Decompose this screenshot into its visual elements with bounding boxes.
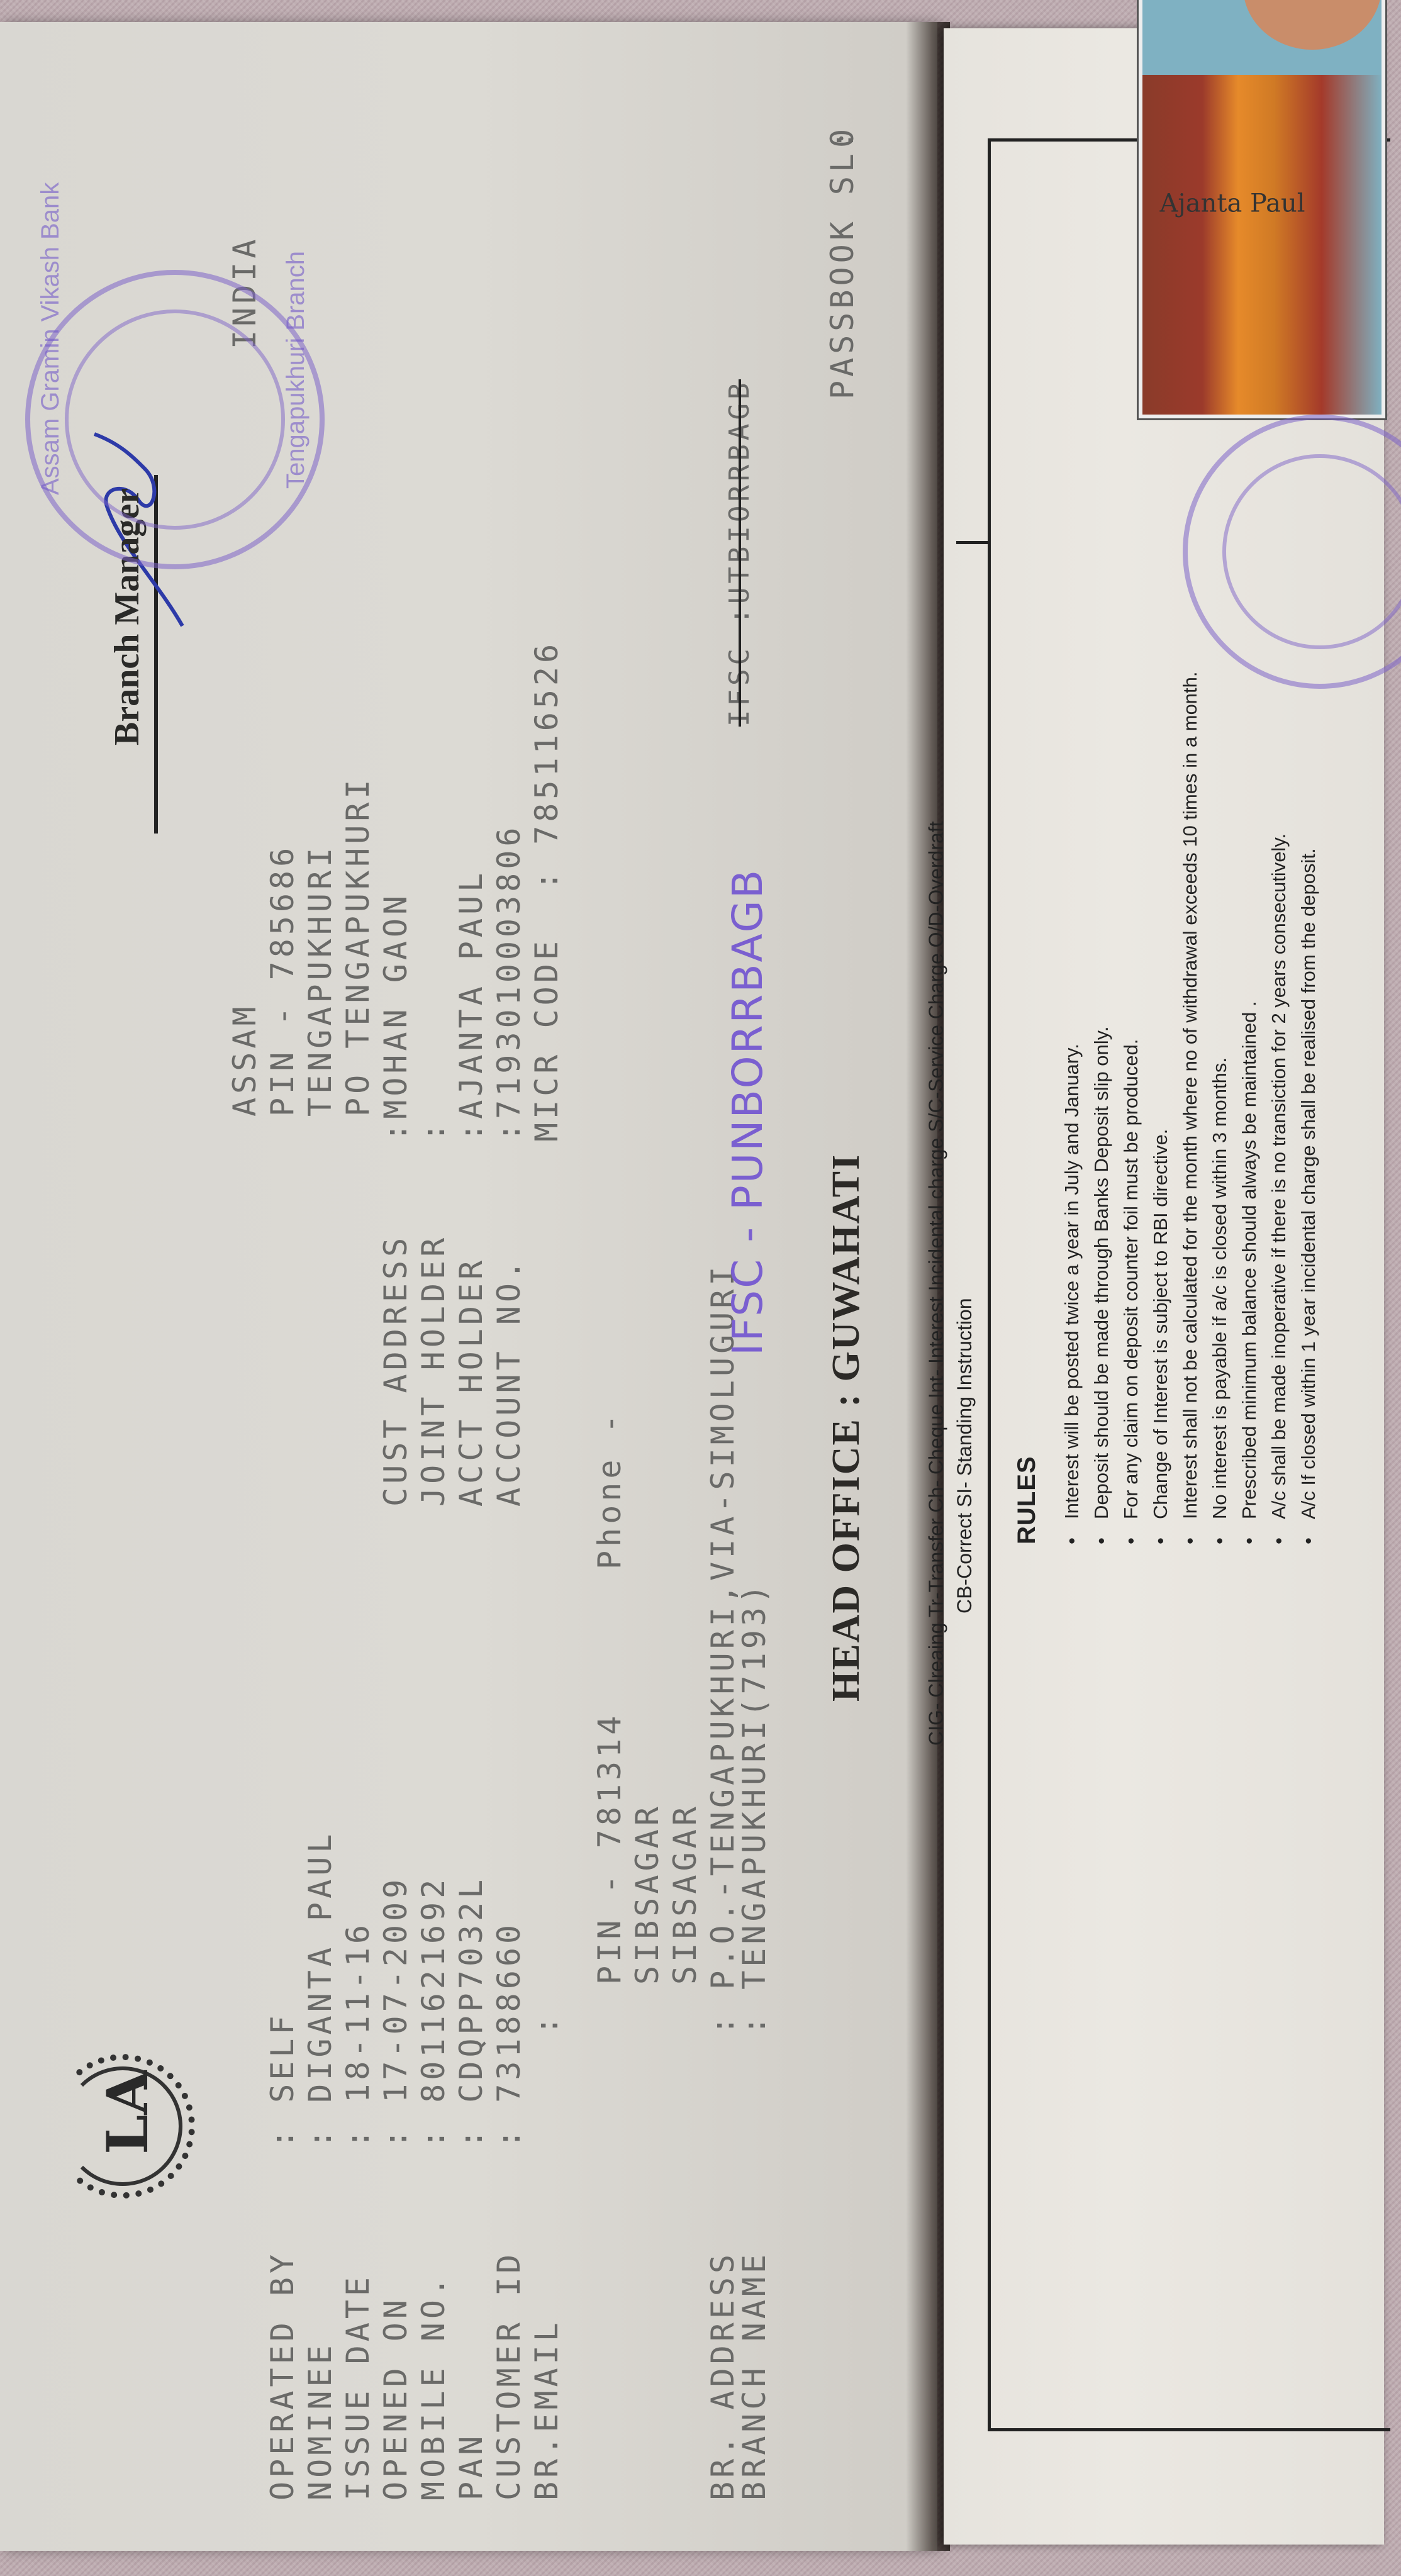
nominee-value: : DIGANTA PAUL (302, 1831, 338, 2148)
stamp-text: Assam Gramin Vikash Bank (36, 182, 65, 495)
frame-tick (956, 541, 991, 544)
bank-logo-icon: LA (50, 2054, 195, 2199)
strike-line (739, 379, 741, 727)
photo-signature: Ajanta Paul (1159, 189, 1305, 218)
joint-holder-label: JOINT HOLDER (415, 1234, 452, 1507)
phone-label: Phone - (591, 1410, 628, 1570)
nominee-label: NOMINEE (302, 2341, 338, 2501)
rule-item: Interest will be posted twice a year in … (1057, 671, 1086, 1544)
rule-item: A/c shall be made inoperative if there i… (1264, 671, 1293, 1544)
ifsc-stamp: IFSC - PUNBORRBAGB (723, 868, 772, 1356)
rule-item: No interest is payable if a/c is closed … (1205, 671, 1234, 1544)
rules-list: Interest will be posted twice a year in … (1057, 671, 1323, 1544)
acct-holder-label: ACCT HOLDER (453, 1257, 489, 1507)
passbook-sl-value: 0 (824, 125, 861, 148)
branch-name-label: BRANCH NAME (736, 2251, 773, 2501)
rule-item: Interest shall not be calculated for the… (1175, 671, 1205, 1544)
opened-on-label: OPENED ON (377, 2296, 414, 2501)
account-holder-photo: Ajanta Paul (1139, 0, 1385, 418)
transaction-codes-legend-2: CB-Correct SI- Standing Instruction (953, 1298, 976, 1614)
customer-id-value: : 73188660 (491, 1921, 527, 2148)
passbook-sl-label: PASSBOOK SL: (824, 127, 861, 399)
pan-label: PAN (453, 2433, 489, 2501)
rotated-passbook: LA BRANCH NAME : TENGAPUKHURI(7193) BR. … (0, 0, 1401, 2576)
micr-value: : 785116526 (528, 640, 565, 890)
rules-frame-line (988, 142, 991, 2431)
br-address-pin: PIN - 781314 (591, 1712, 628, 1985)
rule-item: Deposit should be made through Banks Dep… (1086, 671, 1116, 1544)
cust-address-state: ASSAM (226, 1003, 263, 1117)
cust-address-label: CUST ADDRESS (377, 1234, 414, 1507)
operated-by-label: OPERATED BY (264, 2251, 301, 2501)
joint-holder-value: : (415, 1119, 452, 1142)
customer-id-label: CUSTOMER ID (491, 2251, 527, 2501)
rule-item: Prescribed minimum balance should always… (1234, 671, 1264, 1544)
account-no-value: :7193010003806 (491, 824, 527, 1142)
acct-holder-value: :AJANTA PAUL (453, 869, 489, 1142)
opened-on-value: : 17-07-2009 (377, 1876, 414, 2148)
old-ifsc-struck: IFSC :UTBIORRBAGB (723, 379, 756, 727)
cust-address-line2: PO TENGAPUKHURI (340, 776, 376, 1117)
rule-item: Change of Interest is subject to RBI dir… (1146, 671, 1175, 1544)
micr-label: MICR CODE (528, 937, 565, 1142)
rules-frame-left (988, 2428, 1390, 2431)
cust-address-line3: TENGAPUKHURI (302, 844, 338, 1117)
issue-date-label: ISSUE DATE (340, 2273, 376, 2501)
operated-by-value: : SELF (264, 2012, 301, 2148)
br-email-label: BR.EMAIL (528, 2319, 565, 2501)
branch-name-value: : TENGAPUKHURI(7193) (736, 1581, 773, 2035)
account-no-label: ACCOUNT NO. (491, 1257, 527, 1507)
br-email-value: : (528, 2012, 565, 2035)
rule-item: A/c If closed within 1 year incidental c… (1293, 671, 1323, 1544)
transaction-codes-legend: CIG- Clreaing Tr-Transfer Ch- Cheque Int… (925, 821, 948, 1746)
cust-address-pin: PIN - 785686 (264, 844, 301, 1117)
br-address-line1: : P.O.-TENGAPUKHURI,VIA-SIMOLUGURI (705, 1263, 741, 2036)
branch-seal-stamp-icon: Assam Gramin Vikash Bank Tengapukhuri Br… (25, 270, 325, 569)
rule-item: For any claim on deposit counter foil mu… (1116, 671, 1146, 1544)
pan-value: : CDQPP7032L (453, 1876, 489, 2148)
mobile-value: : 8011621692 (415, 1876, 452, 2148)
br-address-line3: SIBSAGAR (629, 1803, 666, 1985)
cust-address-line1: :MOHAN GAON (377, 892, 414, 1142)
head-office-title: HEAD OFFICE : GUWAHATI (824, 1154, 869, 1702)
issue-date-value: : 18-11-16 (340, 1921, 376, 2148)
br-address-line2: SIBSAGAR (667, 1803, 703, 1985)
mobile-label: MOBILE NO. (415, 2273, 452, 2501)
passbook-info-page: LA BRANCH NAME : TENGAPUKHURI(7193) BR. … (0, 22, 937, 2551)
stamp-text-branch: Tengapukhuri Branch (282, 251, 310, 489)
br-address-label: BR. ADDRESS (705, 2251, 741, 2501)
rules-title: RULES (1013, 1456, 1041, 1544)
